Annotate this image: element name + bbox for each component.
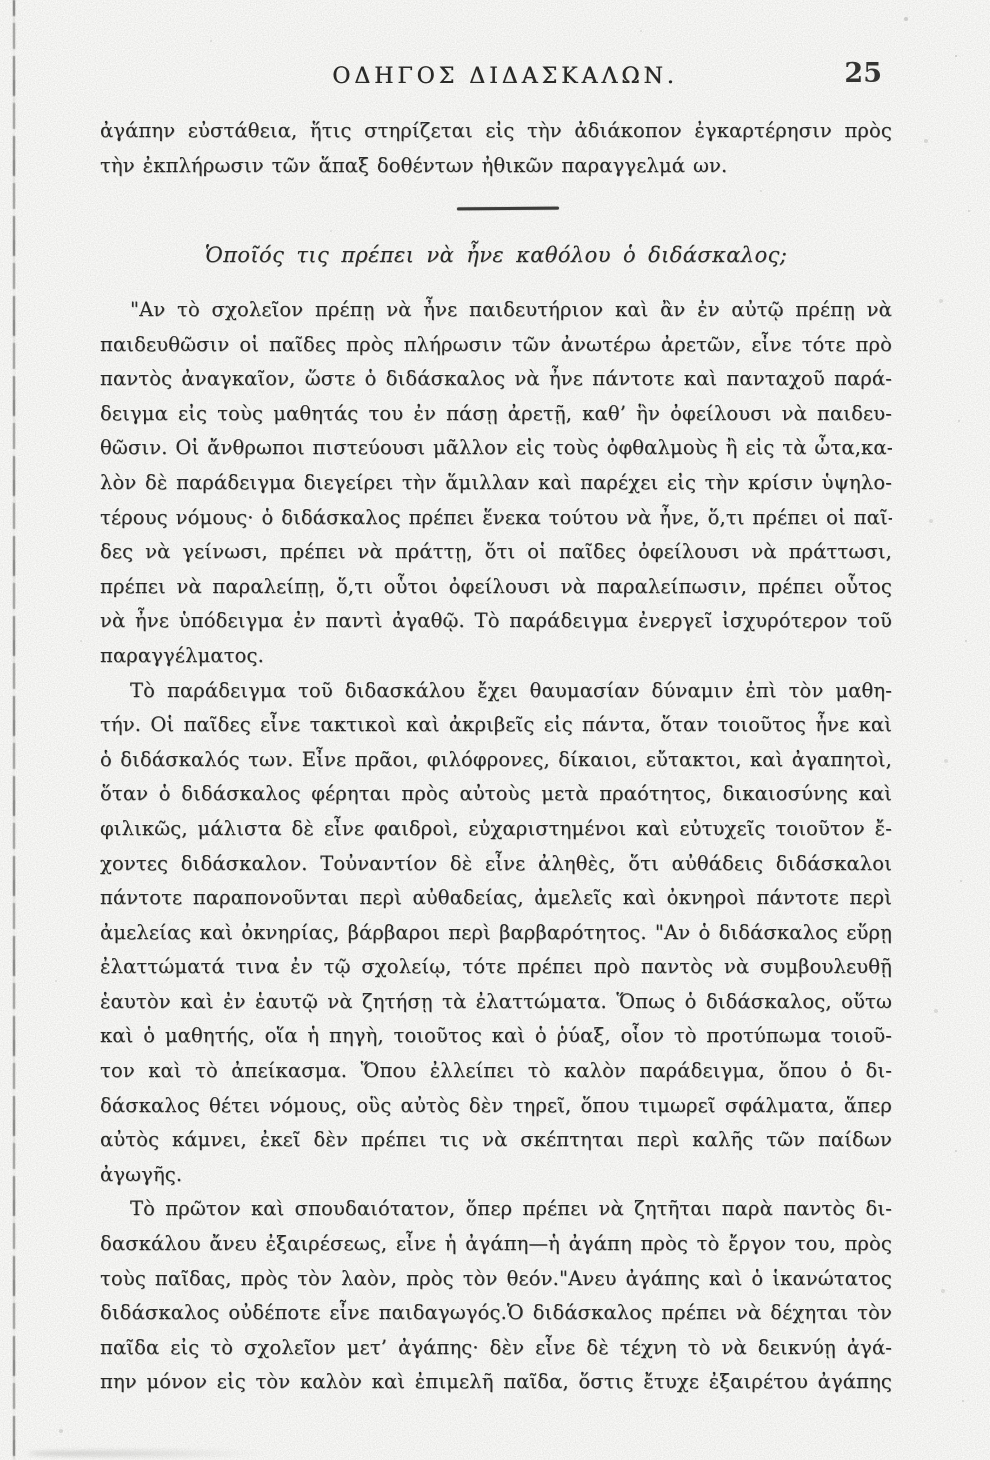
text-line: δασκάλου ἄνευ ἐξαιρέσεως, εἶνε ἡ ἀγάπη—ἡ… bbox=[100, 1227, 892, 1262]
text-column: ΟΔΗΓΟΣ ΔΙΔΑΣΚΑΛΩΝ. 25 ἀγάπην εὐστάθεια, … bbox=[100, 0, 892, 1460]
text-line: πρέπει νὰ παραλείπῃ, ὅ,τι οὗτοι ὀφείλουσ… bbox=[100, 570, 892, 605]
running-header: ΟΔΗΓΟΣ ΔΙΔΑΣΚΑΛΩΝ. 25 bbox=[100, 64, 892, 100]
section-heading: Ὁποῖός τις πρέπει νὰ ἦνε καθόλου ὁ διδάσ… bbox=[100, 243, 892, 267]
continuation-paragraph: ἀγάπην εὐστάθεια, ἥτις στηρίζεται εἰς τὴ… bbox=[100, 114, 892, 183]
text-line: παιδευθῶσιν οἱ παῖδες πρὸς πλήρωσιν τῶν … bbox=[100, 328, 892, 363]
text-line: καὶ ὁ μαθητής, οἵα ἡ πηγὴ, τοιοῦτος καὶ … bbox=[100, 1019, 892, 1054]
text-line: πην μόνον εἰς τὸν καλὸν καὶ ἐπιμελῆ παῖδ… bbox=[100, 1365, 892, 1400]
body-paragraph: Τὸ πρῶτον καὶ σπουδαιότατον, ὅπερ πρέπει… bbox=[100, 1192, 892, 1400]
text-line: τὴν ἐκπλήρωσιν τῶν ἅπαξ δοθέντων ἠθικῶν … bbox=[100, 149, 892, 184]
body-paragraph: Τὸ παράδειγμα τοῦ διδασκάλου ἔχει θαυμασ… bbox=[100, 674, 892, 1193]
text-line: δάσκαλος θέτει νόμους, οὓς αὐτὸς δὲν τηρ… bbox=[100, 1089, 892, 1124]
page-number: 25 bbox=[844, 58, 882, 89]
text-line: λὸν δὲ παράδειγμα διεγείρει τὴν ἅμιλλαν … bbox=[100, 466, 892, 501]
section-divider-rule bbox=[457, 207, 559, 211]
text-line: Τὸ παράδειγμα τοῦ διδασκάλου ἔχει θαυμασ… bbox=[100, 674, 892, 709]
text-line: αὐτὸς κάμνει, ἐκεῖ δὲν πρέπει τις νὰ σκέ… bbox=[100, 1123, 892, 1158]
text-line: πάντοτε παραπονοῦνται περὶ αὐθαδείας, ἀμ… bbox=[100, 881, 892, 916]
text-line: "Αν τὸ σχολεῖον πρέπῃ νὰ ἦνε παιδευτήριο… bbox=[100, 293, 892, 328]
text-line: παραγγέλματος. bbox=[100, 639, 892, 674]
text-line: τοὺς παῖδας, πρὸς τὸν λαὸν, πρὸς τὸν θεό… bbox=[100, 1262, 892, 1297]
text-line: ἐλαττώματά τινα ἐν τῷ σχολείῳ, τότε πρέπ… bbox=[100, 950, 892, 985]
body-paragraph: "Αν τὸ σχολεῖον πρέπῃ νὰ ἦνε παιδευτήριο… bbox=[100, 293, 892, 674]
text-line: τον καὶ τὸ ἀπείκασμα. Ὅπου ἐλλείπει τὸ κ… bbox=[100, 1054, 892, 1089]
text-line: ὁ διδάσκαλός των. Εἶνε πρᾶοι, φιλόφρονες… bbox=[100, 743, 892, 778]
text-line: Τὸ πρῶτον καὶ σπουδαιότατον, ὅπερ πρέπει… bbox=[100, 1192, 892, 1227]
text-line: ἑαυτὸν καὶ ἐν ἑαυτῷ νὰ ζητήσῃ τὰ ἐλαττώμ… bbox=[100, 985, 892, 1020]
text-line: τήν. Οἱ παῖδες εἶνε τακτικοὶ καὶ ἀκριβεῖ… bbox=[100, 708, 892, 743]
text-line: φιλικῶς, μάλιστα δὲ εἶνε φαιδροὶ, εὐχαρι… bbox=[100, 812, 892, 847]
text-line: θῶσιν. Οἱ ἄνθρωποι πιστεύουσι μᾶλλον εἰς… bbox=[100, 431, 892, 466]
text-line: ὅταν ὁ διδάσκαλος φέρηται πρὸς αὐτοὺς με… bbox=[100, 777, 892, 812]
text-line: ἀμελείας καὶ ὀκνηρίας, βάρβαροι περὶ βαρ… bbox=[100, 916, 892, 951]
text-line: δειγμα εἰς τοὺς μαθητάς του ἐν πάσῃ ἀρετ… bbox=[100, 397, 892, 432]
binding-edge-artifact bbox=[13, 0, 15, 1460]
scanned-book-page: ΟΔΗΓΟΣ ΔΙΔΑΣΚΑΛΩΝ. 25 ἀγάπην εὐστάθεια, … bbox=[0, 0, 990, 1460]
text-line: τέρους νόμους· ὁ διδάσκαλος πρέπει ἕνεκα… bbox=[100, 501, 892, 536]
text-line: παῖδα εἰς τὸ σχολεῖον μετ’ ἀγάπης· δὲν ε… bbox=[100, 1331, 892, 1366]
text-line: δες νὰ γείνωσι, πρέπει νὰ πράττῃ, ὅτι οἱ… bbox=[100, 535, 892, 570]
running-header-title: ΟΔΗΓΟΣ ΔΙΔΑΣΚΑΛΩΝ. bbox=[100, 64, 892, 89]
text-line: ἀγάπην εὐστάθεια, ἥτις στηρίζεται εἰς τὴ… bbox=[100, 114, 892, 149]
text-line: νὰ ἦνε ὑπόδειγμα ἐν παντὶ ἀγαθῷ. Τὸ παρά… bbox=[100, 604, 892, 639]
text-line: ἀγωγῆς. bbox=[100, 1158, 892, 1193]
text-line: χοντες διδάσκαλον. Τοὐναντίον δὲ εἶνε ἀλ… bbox=[100, 847, 892, 882]
text-line: παντὸς ἀναγκαῖον, ὥστε ὁ διδάσκαλος νὰ ἦ… bbox=[100, 362, 892, 397]
text-line: διδάσκαλος οὐδέποτε εἶνε παιδαγωγός.Ὁ δι… bbox=[100, 1296, 892, 1331]
scan-speckles bbox=[0, 0, 2, 2]
body-text: "Αν τὸ σχολεῖον πρέπῃ νὰ ἦνε παιδευτήριο… bbox=[100, 293, 892, 1400]
